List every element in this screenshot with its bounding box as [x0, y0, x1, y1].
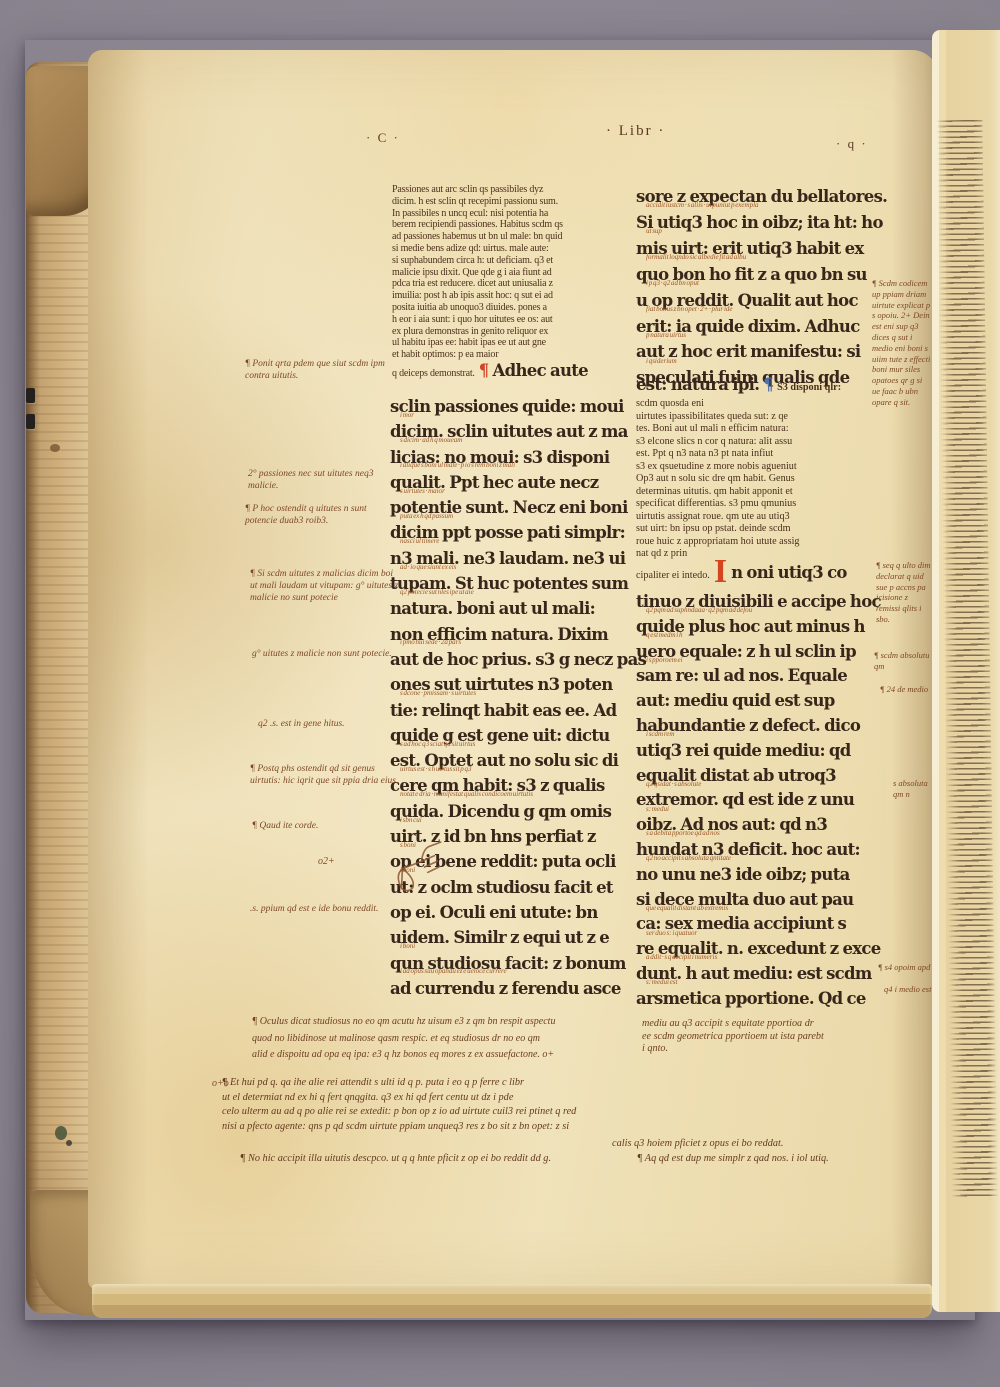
text-line: ¶ Et hui pd q. qa ihe alie rei attendit … [222, 1076, 922, 1091]
transition-large-text: Adhec aute [493, 361, 588, 380]
text-line: specificat differentias. s3 pmu qmunius [636, 498, 898, 511]
text-line: ul habitu ipas ee: habit ipas ee ut aut … [392, 337, 644, 349]
running-title: · Libr · [606, 123, 665, 140]
interlinear-gloss: q2 potecie sut nles ipe ut aie [400, 589, 474, 596]
text-line: q2 no accipit s absoluta qntitateno unu … [636, 863, 896, 888]
margin-note: q4 i medio est [884, 984, 934, 995]
text-line: nisi a pfecto agente: qns p qd scdm uirt… [222, 1120, 922, 1135]
interlinear-gloss: q est medm i h [646, 632, 682, 639]
text-line: tes. Boni aut ul mali n efficim natura: [636, 423, 898, 436]
text-line: i qnto. [642, 1043, 914, 1056]
text-line: s: medui estarsmetica pportione. Qd ce [636, 987, 896, 1012]
left-column-body: sclin passiones quide: mouii mordicim. s… [390, 394, 646, 1001]
under-page-edges [92, 1284, 932, 1318]
transition-large-text: est: natura ipi. [636, 375, 759, 394]
interlinear-gloss: i alique s boni ul male · p io s rem bon… [400, 462, 515, 469]
right-column-body-2: sue qddat · s uiut sic oia disgetatinuo … [636, 590, 896, 1012]
right-column-transition-2: cipaliter ei intedo. I n oni utiq3 co [636, 560, 847, 585]
margin-note: g° uitutes z malicie non sunt potecie. [252, 648, 397, 660]
footnote-left-block: ¶ Oculus dicat studiosus no eo qm acutu … [252, 1014, 644, 1064]
text-line: Passiones aut arc sclin qs passibiles dy… [392, 184, 644, 196]
text-line: uirtutes ipassibilitates queda sut: z qe [636, 411, 898, 424]
margin-note: ¶ Scdm codicem up ppiam driam uirtute ex… [872, 278, 932, 408]
line-text: sclin passiones quide: moui [390, 397, 624, 416]
text-line: celo ulterm au ad q po alie rei se exted… [222, 1105, 922, 1120]
folio-mark-right: · q · [836, 136, 868, 152]
line-text: Si utiq3 hoc in oibz; ita ht: ho [636, 213, 883, 232]
text-line: accidit iustcm · s aliis · ut puniut p e… [636, 210, 894, 236]
text-line: op ei. Oculi eni utute: bn [390, 900, 646, 925]
line-text: uidem. Similr z equi ut z e [390, 928, 609, 947]
interlinear-gloss: p natura uirtus [646, 332, 686, 339]
text-line: s dcone · pmissam · s uirtutestie: relin… [390, 698, 646, 723]
interlinear-gloss: s a debita pportoe qd ad nos [646, 830, 720, 837]
margin-note: ¶ Si scdm uitutes z malicias dicim boi u… [250, 568, 400, 604]
text-line: sut uirt: bn ipsu op pstat. deinde scdm [636, 523, 898, 536]
deckle-edge [88, 50, 148, 1290]
interlinear-gloss: q2 no accipit s absoluta qntitate [646, 855, 731, 862]
text-line: i pmo hui sede · 2a parsaut de hoc prius… [390, 647, 646, 672]
line-text: sam re: ul ad nos. Equale [636, 666, 847, 685]
transition-small-text: cipaliter ei intedo. [636, 570, 710, 581]
text-line: ut el determiat nd ex hi q fert qnqgita.… [222, 1091, 922, 1106]
text-line: habundantie z defect. dico [636, 714, 896, 739]
text-line: sclin passiones quide: moui [390, 394, 646, 419]
text-line: roue huic z appropriatam hoi utute assig [636, 536, 898, 549]
line-text: ad currendu z ferendu asce [390, 979, 621, 998]
transition-small-text: q deiceps demonstrat. [392, 368, 475, 379]
interlinear-gloss: a ddit · s q accipit i numeris [646, 954, 717, 961]
margin-note: s absoluta qm n [893, 778, 937, 800]
transition-large-text: n oni utiq3 co [731, 563, 847, 582]
line-text: no unu ne3 ide oibz; puta [636, 865, 850, 884]
interlinear-gloss: notat e dria · manifestat qualis condico… [400, 791, 533, 798]
text-line: pdca tria est reducere. dicet aut uniusa… [392, 278, 644, 290]
footnote-last-left: ¶ No hic accipit illa uitutis descpco. u… [240, 1152, 551, 1167]
interlinear-gloss: uirtus est · s h uirtus sit p q3 [400, 766, 472, 773]
interlinear-gloss: ad · io que siunt ex eis [400, 564, 456, 571]
photograph-canvas: · C · · Libr · · q · Passiones aut arc s… [0, 0, 1000, 1387]
interlinear-gloss: ser duo s: i quatuor [646, 930, 697, 937]
text-line: determinas uitutis. qm habit apponit et [636, 486, 898, 499]
line-text: natura. boni aut ul mali: [390, 599, 595, 618]
margin-note: ¶ Postq phs ostendit qd sit genus uirtut… [250, 763, 400, 787]
interlinear-gloss: q2 qsidat · s absolute [646, 781, 701, 788]
green-spot [55, 1126, 67, 1140]
margin-note: ¶ s4 opoim apd [878, 962, 933, 973]
interlinear-gloss: s dicim · ad h q moueam [400, 437, 462, 444]
interlinear-gloss: i sbn cui [400, 817, 422, 824]
text-line: imuilia: post h ab ipis assit hoc: q sut… [392, 290, 644, 302]
text-line: posita iuitia ab unoquo3 diuides. pones … [392, 302, 644, 314]
text-line: si suphabundem circa h: ut deficiam. q3 … [392, 255, 644, 267]
line-text: tie: relinqt habit eas ee. Ad [390, 701, 616, 720]
footnote-last-right: ¶ Aq qd est dup me simplr z qad nos. i i… [637, 1152, 829, 1167]
line-text: op ei. Oculi eni utute: bn [390, 903, 598, 922]
interlinear-gloss: fiat bonus z bn opet · 2+ · plur ide [646, 306, 733, 313]
text-line: alid e dispoitu ad opa eq ipa: e3 q hz b… [252, 1047, 644, 1064]
interlinear-gloss: i scdm rem [646, 731, 674, 738]
text-line: i s pporoem eisam re: ul ad nos. Equale [636, 664, 896, 689]
margin-note: q2 .s. est in gene hitus. [258, 718, 398, 730]
interlinear-gloss: i ad opus suu opandu ez e ueloce currere [400, 968, 507, 975]
line-text: aut de hoc prius. s3 g necz passi [390, 650, 646, 669]
text-line: mediu au q3 accipit s equitate pportioa … [642, 1018, 914, 1031]
stain-spot [50, 444, 60, 452]
margin-note: ¶ seq q ulto dim declarat q uid sue p ac… [876, 560, 934, 625]
interlinear-gloss: i p q3 · q2 ad bn oput [646, 280, 699, 287]
interlinear-gloss: s dcone · pmissam · s uirtutes [400, 690, 476, 697]
margin-note: ¶ P hoc ostendit q uitutes n sunt potenc… [245, 503, 400, 527]
footnote-long-lines: ¶ Et hui pd q. qa ihe alie rei attendit … [222, 1076, 922, 1134]
transition-small-text: S3 disponi qlr: [777, 382, 841, 393]
interlinear-gloss: puta ex h qd passum [400, 513, 453, 520]
right-column-commentary: scdm quosda eniuirtutes ipassibilitates … [636, 398, 898, 561]
text-line: uirtutis assignat roue. qm ute au utiq3 [636, 511, 898, 524]
interlinear-gloss: ut sup [646, 228, 662, 235]
text-line: i scdm remutiq3 rei quide mediu: qd [636, 739, 896, 764]
line-text: arsmetica pportione. Qd ce [636, 989, 866, 1008]
margin-note: ¶ Ponit qrta pdem que siut scdm ipm cont… [245, 358, 395, 382]
interlinear-gloss: nasci ul timere [400, 538, 439, 545]
interlinear-gloss: s: medui [646, 806, 669, 813]
opposite-page-edge [932, 30, 1000, 1312]
interlinear-gloss: que equalit distant ab extremis [646, 905, 728, 912]
interlinear-gloss: s ad hoc q3 sciat qd sit uirtus [400, 741, 475, 748]
left-column-intro: Passiones aut arc sclin qs passibiles dy… [392, 184, 644, 361]
margin-note: ¶ scdm absolutu qm [874, 650, 934, 672]
text-line: q2 qsidat · s absoluteextremor. qd est i… [636, 788, 896, 813]
right-column-outro: mediu au q3 accipit s equitate pportioa … [642, 1018, 914, 1056]
margin-note: ¶ Qaud ite corde. [252, 820, 382, 832]
text-line: ad passiones habemus ut bn ul male: bn q… [392, 231, 644, 243]
text-line: ex plura demonstras in genito reliquor e… [392, 326, 644, 338]
opposite-page-highlight [990, 30, 1000, 1312]
text-line: est. Ppt q n3 nata n3 pt nata infiut [636, 448, 898, 461]
text-line: scdm quosda eni [636, 398, 898, 411]
text-line: notat e dria · manifestat qualis condico… [390, 799, 646, 824]
dark-speck [66, 1140, 72, 1146]
red-pilcrow-icon: ¶ [479, 361, 489, 380]
text-line: q2 potecie sut nles ipe ut aienatura. bo… [390, 596, 646, 621]
margin-mark: o2+ [318, 856, 335, 868]
text-line: nat qd z prin [636, 548, 898, 561]
text-line: aut: mediu quid est sup [636, 689, 896, 714]
interlinear-gloss: i boni [400, 943, 415, 950]
line-text: aut: mediu quid est sup [636, 691, 835, 710]
clasp-mark [26, 388, 35, 403]
right-column-transition-1: est: natura ipi. ¶ S3 disponi qlr: [636, 372, 841, 397]
text-line: berem recipiendi passiones. Habitus scdm… [392, 219, 644, 231]
margin-note: 2° passiones nec sut uitutes neq3 malici… [248, 468, 396, 492]
margin-note: ¶ 24 de medio [880, 684, 936, 695]
text-line: si medie bens adize qd: uirtus. male aut… [392, 243, 644, 255]
text-line: ¶ Oculus dicat studiosus no eo qm acutu … [252, 1014, 644, 1031]
opposite-page-text-lines [936, 120, 997, 1201]
line-text: utiq3 rei quide mediu: qd [636, 741, 851, 760]
text-line: uidem. Similr z equi ut z e [390, 925, 646, 950]
text-line: h eor i aia sunt: i quo hor uitutes ee o… [392, 314, 644, 326]
text-line: s3 elcone slics n cor q natura: alit ass… [636, 436, 898, 449]
interlinear-gloss: i mor [400, 412, 414, 419]
text-line: In passibiles n uncq ecul: nisi potentia… [392, 208, 644, 220]
text-line: Op3 aut n solu sic dre qm habit. Genus [636, 473, 898, 486]
interlinear-gloss: q2 pqm ad suphndaaa · q2 pqm ad defou [646, 607, 752, 614]
interlinear-gloss: s uirtutes · maior [400, 488, 445, 495]
red-initial-letter: I [714, 553, 727, 590]
margin-note: .s. ppium qd est e ide bonu reddit. [250, 903, 400, 915]
text-line: i ad opus suu opandu ez e ueloce currere… [390, 976, 646, 1001]
interlinear-gloss: formalit loqndo sic albedie fit ad albu [646, 254, 746, 261]
interlinear-gloss: i s pporoem ei [646, 657, 683, 664]
interlinear-gloss: accidit iustcm · s aliis · ut puniut p e… [646, 202, 759, 209]
text-line: ee scdm geometrica pportioem ut ista par… [642, 1031, 914, 1044]
interlinear-gloss: i pmo hui sede · 2a pars [400, 639, 461, 646]
text-line: malicie ipsu dixit. Que qde g i aia fiun… [392, 267, 644, 279]
clasp-mark [26, 414, 35, 429]
line-text: quida. Dicendu g qm omis [390, 802, 611, 821]
interlinear-gloss: i qsiderium [646, 358, 677, 365]
right-column-body-1: sicaut · s: audiutursore z expectan du b… [636, 184, 894, 391]
text-line: s3 ex qsuetudine z more nobis agueniut [636, 461, 898, 474]
interlinear-gloss: s: medui est [646, 979, 677, 986]
left-column-transition: q deiceps demonstrat. ¶ Adhec aute [392, 358, 588, 383]
footnote-tail-right: calis q3 hoiem pficiet z opus ei bo redd… [612, 1137, 784, 1152]
folio-mark-left: · C · [366, 130, 400, 146]
text-line: dicim. h est sclin qt recepimi passionu … [392, 196, 644, 208]
blue-pilcrow-icon: ¶ [763, 375, 773, 394]
text-line: quod no libidinose ut malinose qasm resp… [252, 1031, 644, 1048]
